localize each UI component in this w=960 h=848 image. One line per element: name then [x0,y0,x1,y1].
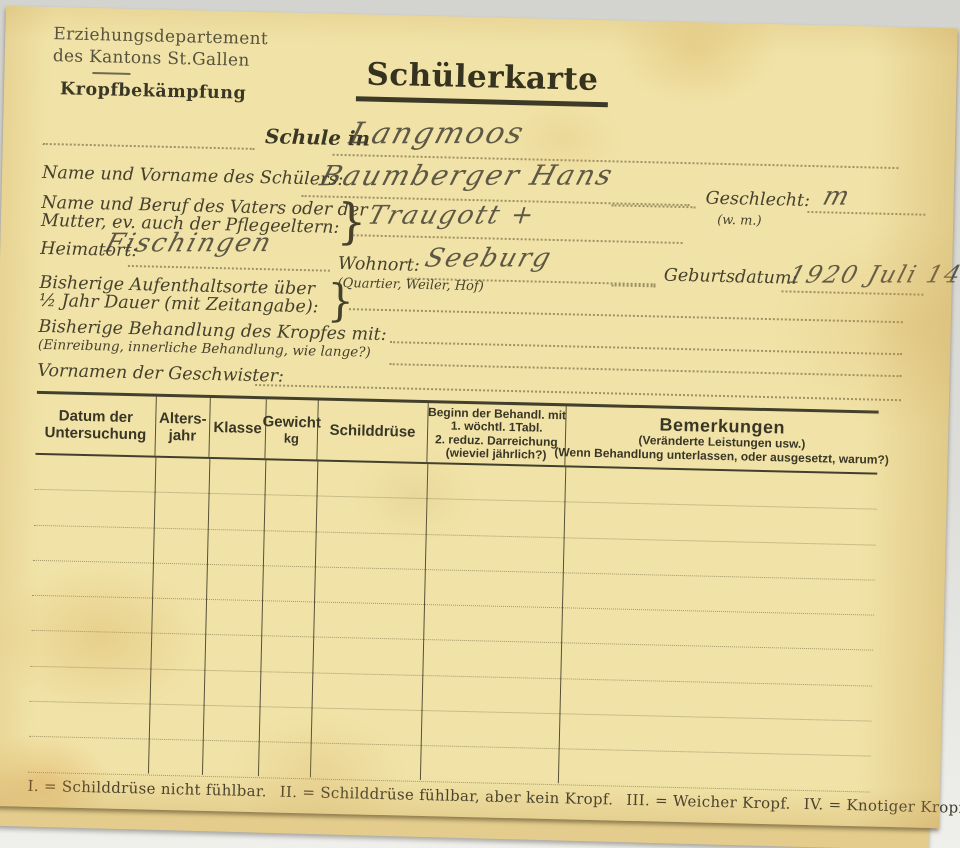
letterhead: Erziehungsdepartement des Kantons St.Gal… [53,23,269,72]
sex-hint: (w. m.) [717,213,762,229]
dotted-line [390,363,902,377]
legend-item: III. = Weicher Kropf. [626,791,791,813]
examination-table: Datum der Untersuchung Alters- jahr Klas… [28,391,879,793]
sex-value-handwriting: m [819,182,854,212]
col-header-text: Schilddrüse [329,422,415,441]
dotted-line [128,265,330,272]
dotted-line [807,211,925,216]
col-header-text: Untersuchung [44,424,146,443]
wohnort-value-handwriting: Seeburg [421,243,556,273]
col-header-schilddruese: Schilddrüse [317,400,428,462]
birthdate-label: Geburtsdatum: [664,266,798,289]
parents-value-handwriting: Traugott + [364,200,539,230]
student-name-handwriting: Baumberger Hans [316,159,618,192]
dotted-line [349,308,903,323]
legend-item: II. = Schilddrüse fühlbar, aber kein Kro… [280,783,614,809]
col-header-gewicht: Gewicht kg [265,399,318,459]
col-header-text: (Wenn Behandlung unterlassen, oder ausge… [554,446,889,467]
birthdate-value-handwriting: 1920 Juli 14 [785,260,960,288]
sex-label: Geschlecht: [705,189,810,211]
col-header-text: Alters- [159,409,207,427]
letterhead-line2: des Kantons St.Gallen [53,45,268,72]
heimatort-value-handwriting: Fischingen [102,228,277,258]
col-header-text: jahr [168,426,196,444]
student-name-label: Name und Vorname des Schülers: [42,163,344,190]
wohnort-hint: (Quartier, Weiler, Hof) [337,276,484,294]
letterhead-divider [92,72,130,75]
dotted-line [612,284,656,287]
legend-item: IV. = Knotiger Kropf. [804,795,960,817]
dotted-line [390,341,902,355]
col-header-datum: Datum der Untersuchung [35,394,156,456]
dotted-line [781,290,923,295]
page-title: Schülerkarte [356,56,609,107]
col-header-text: Klasse [213,419,262,437]
col-header-text: Gewicht [262,413,321,431]
siblings-label: Vornamen der Geschwister: [37,361,284,387]
col-header-text: (wieviel jährlich?) [446,446,547,462]
wohnort-label: Wohnort: [338,254,420,276]
school-value-handwriting: Langmoos [345,116,529,151]
campaign-label: Kropfbekämpfung [60,79,247,103]
stay-brace: } [327,274,355,326]
col-header-text: Datum der [59,407,134,426]
col-header-bemerkungen: Bemerkungen (Veränderte Leistungen usw.)… [565,406,878,472]
student-card: Erziehungsdepartement des Kantons St.Gal… [0,6,958,828]
col-header-behandlung: Beginn der Behandl. mit 1. wöchtl. 1Tabl… [427,403,566,465]
parents-brace: } [336,193,367,250]
dotted-line [43,143,255,150]
col-header-klasse: Klasse [209,398,266,458]
table-body [28,455,877,793]
col-header-altersjahr: Alters- jahr [155,397,210,457]
legend-item: I. = Schilddrüse nicht fühlbar. [27,777,267,801]
col-header-text: kg [284,430,300,445]
